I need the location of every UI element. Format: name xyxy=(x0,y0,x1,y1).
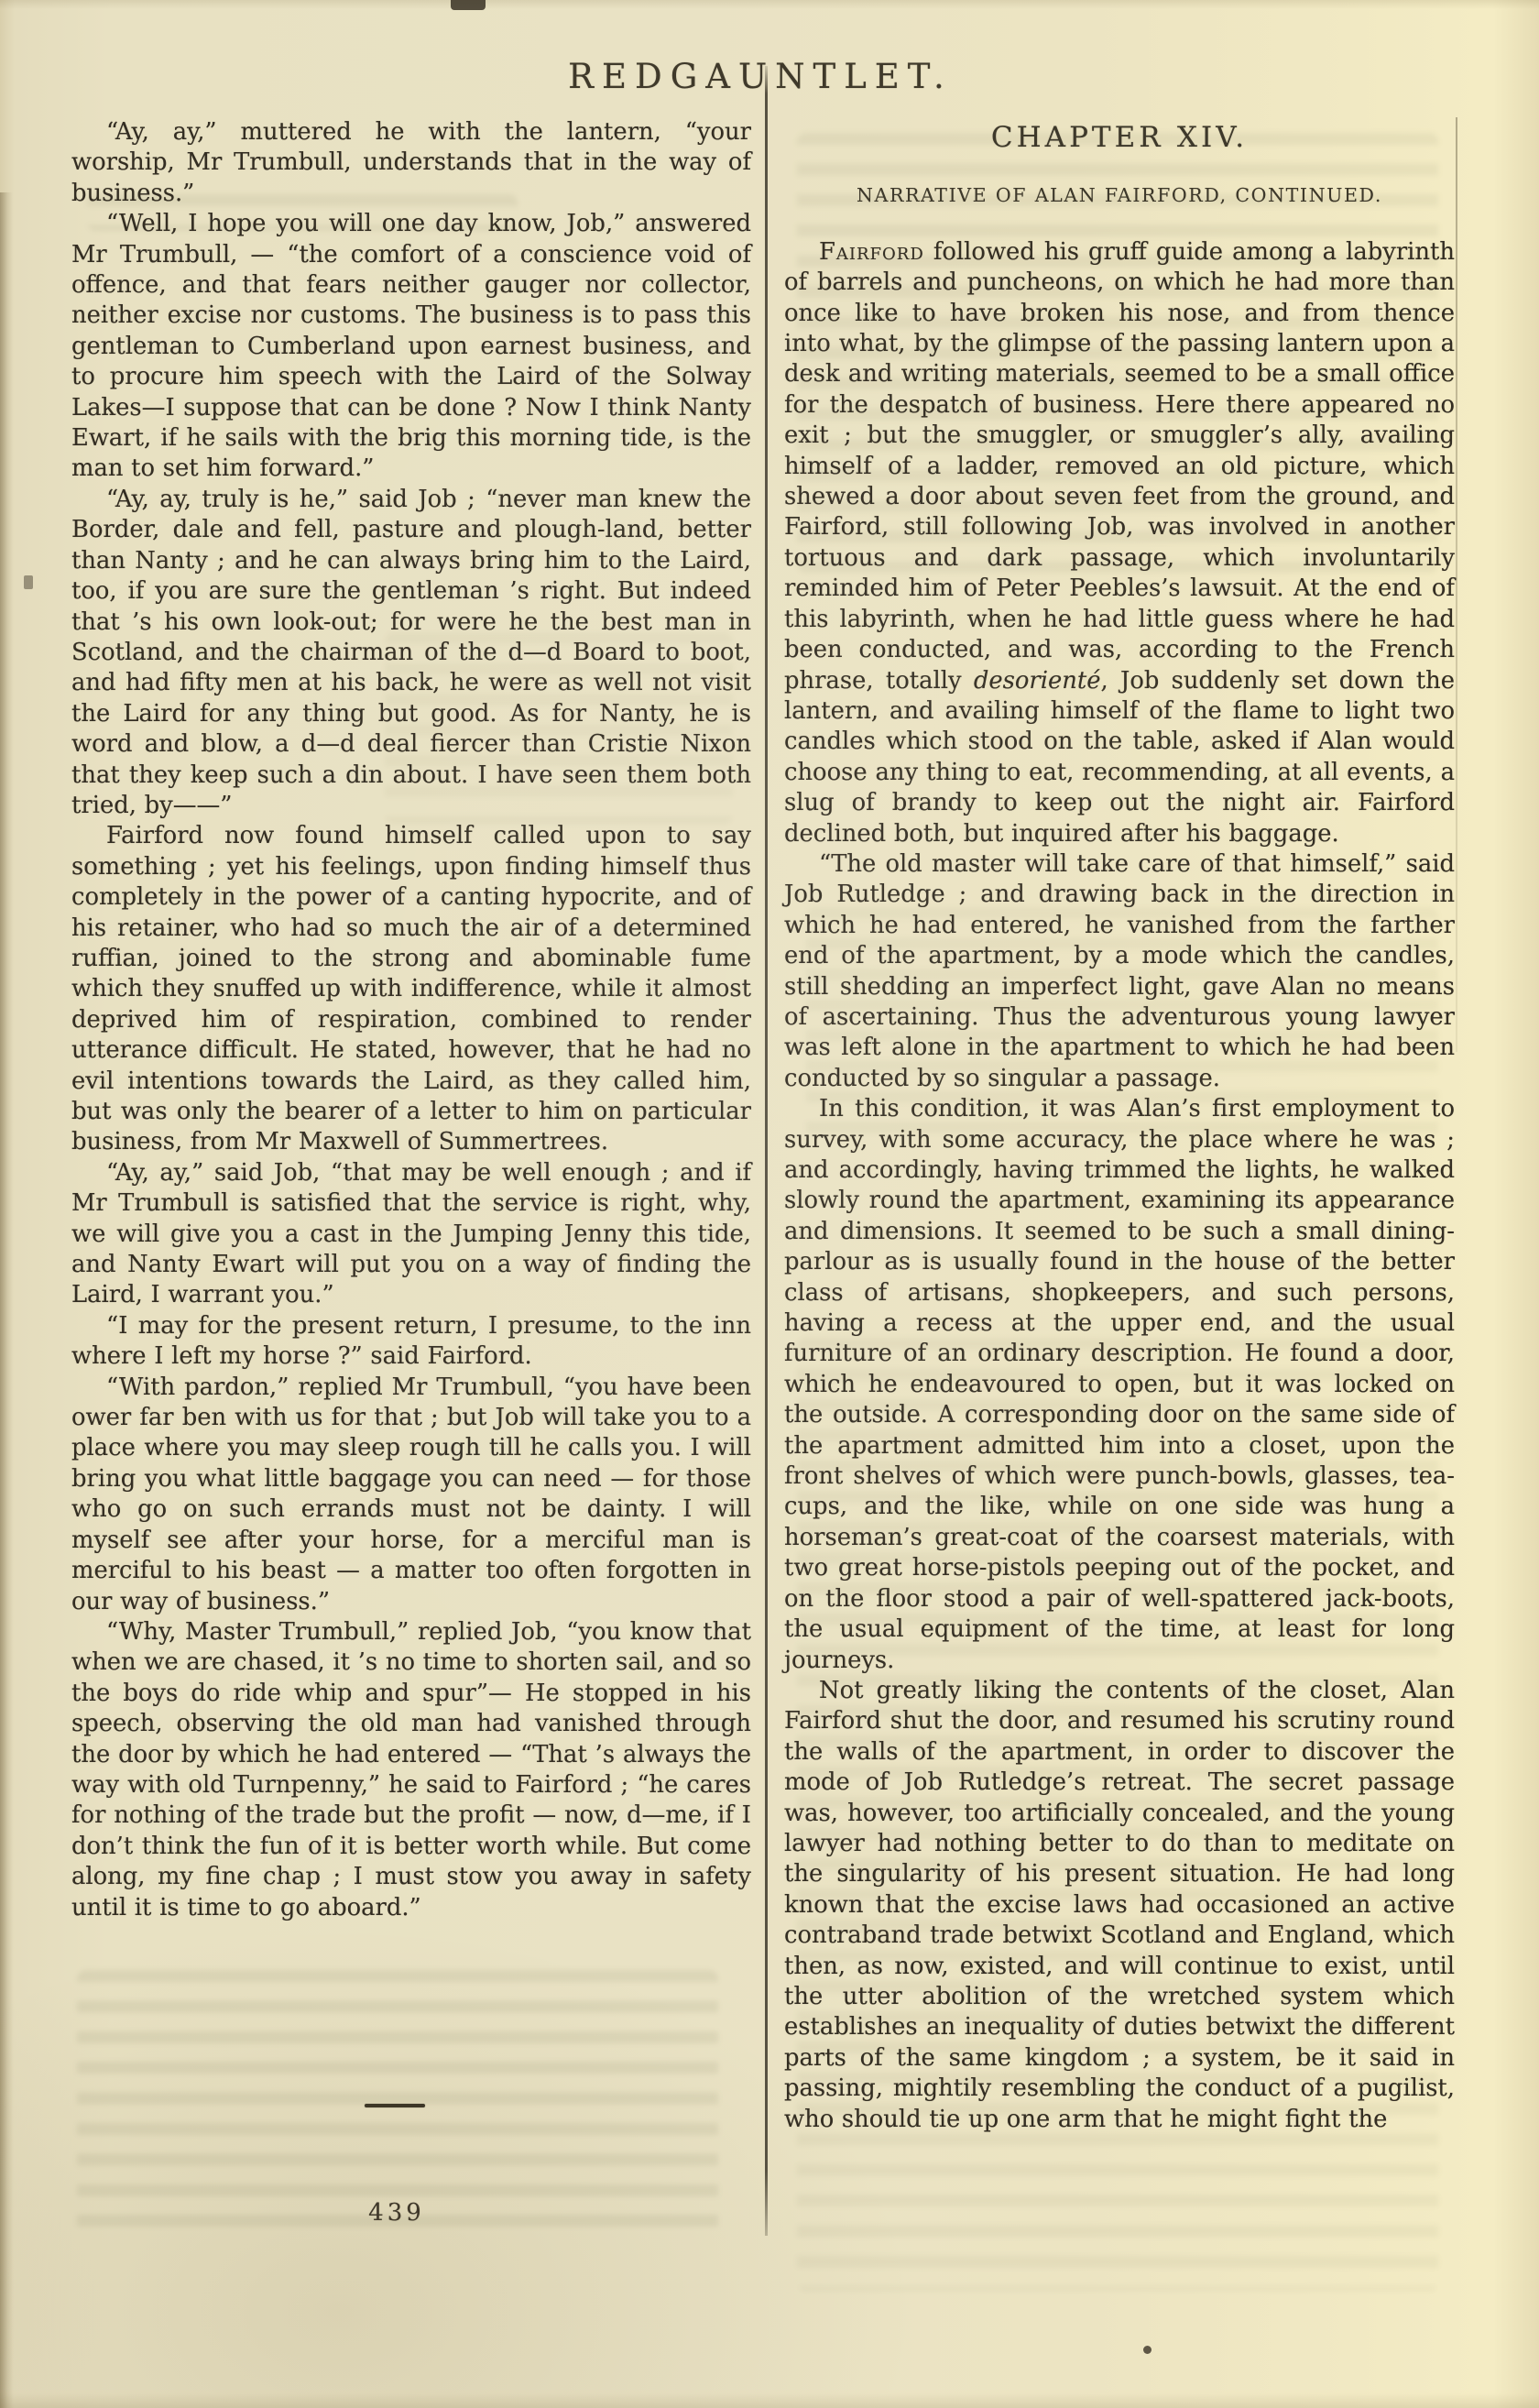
paragraph: “Ay, ay, truly is he,” said Job ; “never… xyxy=(71,485,751,821)
paragraph: “Ay, ay,” muttered he with the lantern, … xyxy=(71,117,751,209)
lead-word-smallcaps: Fairford xyxy=(819,238,924,266)
page-crease-line xyxy=(1456,117,1457,1052)
paragraph: “Why, Master Trumbull,” replied Job, “yo… xyxy=(71,1617,751,1923)
paragraph: “The old master will take care of that h… xyxy=(784,849,1455,1094)
scan-speck xyxy=(451,0,486,10)
paragraph: “I may for the present return, I presume… xyxy=(71,1311,751,1373)
page-number: 439 xyxy=(353,2199,441,2227)
paragraph: In this condition, it was Alan’s first e… xyxy=(784,1094,1455,1676)
paragraph: “With pardon,” replied Mr Trumbull, “you… xyxy=(71,1373,751,1617)
running-head: REDGAUNTLET. xyxy=(0,57,1521,96)
column-divider-rule xyxy=(765,66,768,2236)
chapter-subheading: NARRATIVE OF ALAN FAIRFORD, CONTINUED. xyxy=(784,181,1455,211)
left-column: “Ay, ay,” muttered he with the lantern, … xyxy=(71,117,751,1923)
italic-french-word: desorienté xyxy=(974,667,1101,695)
scan-speck xyxy=(24,575,33,589)
scan-speck xyxy=(1143,2346,1152,2354)
paragraph: Not greatly liking the contents of the c… xyxy=(784,1676,1455,2135)
section-end-rule xyxy=(365,2104,425,2107)
chapter-heading: CHAPTER XIV. xyxy=(784,123,1455,153)
paragraph: Fairford followed his gruff guide among … xyxy=(784,237,1455,849)
paragraph: Fairford now found himself called upon t… xyxy=(71,821,751,1157)
paragraph-text: followed his gruff guide among a labyrin… xyxy=(784,238,1455,695)
right-column: CHAPTER XIV. NARRATIVE OF ALAN FAIRFORD,… xyxy=(784,110,1455,2135)
paragraph: “Ay, ay,” said Job, “that may be well en… xyxy=(71,1158,751,1311)
scanned-book-page: REDGAUNTLET. “Ay, ay,” muttered he with … xyxy=(0,0,1539,2408)
scan-left-edge-shading xyxy=(0,192,13,2408)
paragraph: “Well, I hope you will one day know, Job… xyxy=(71,209,751,485)
